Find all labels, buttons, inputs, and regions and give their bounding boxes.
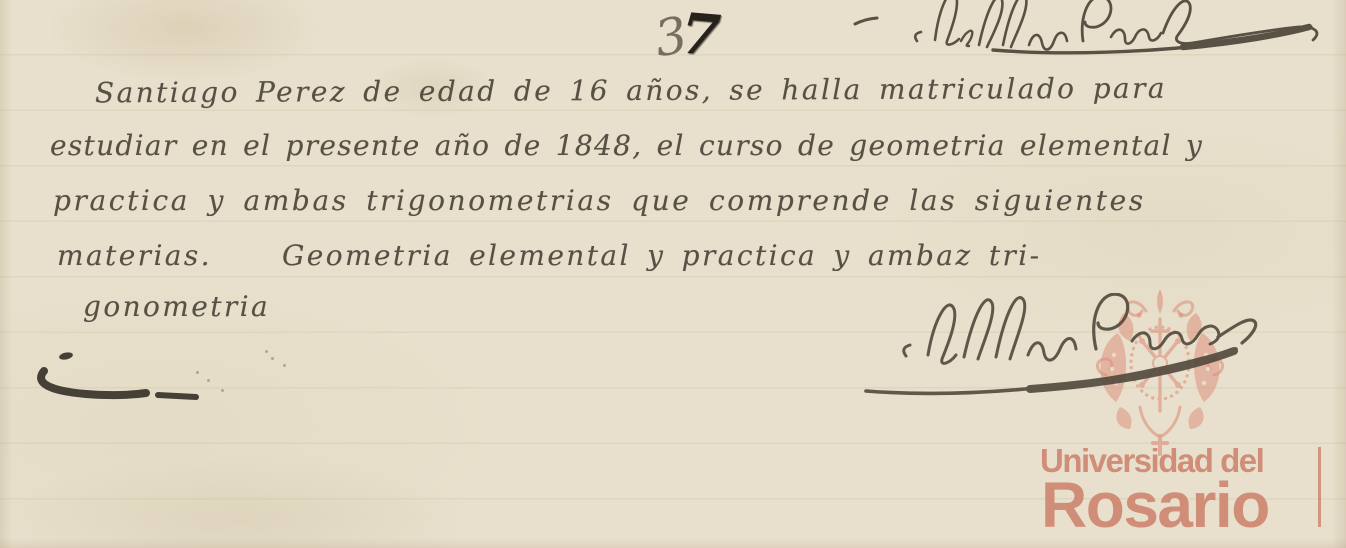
pencil-speck [265,350,268,353]
manuscript-scan: 37 Santiago Perez de edad de 16 años, se… [0,0,1346,548]
manuscript-line-3: practica y ambas trigonometrias que comp… [53,184,1146,217]
page-number-digit-7: 7 [678,0,723,69]
page-number: 37 [655,2,720,68]
ink-flourish [28,345,208,405]
manuscript-line-2: estudiar en el presente año de 1848, el … [50,129,1203,162]
pencil-speck [196,371,199,374]
pencil-speck [207,379,210,382]
manuscript-line-5: gonometria [83,290,270,323]
watermark-divider-bar [1318,447,1321,527]
manuscript-line-1: Santiago Perez de edad de 16 años, se ha… [95,72,1167,110]
manuscript-line-4-end: Geometria elemental y practica y ambaz t… [282,239,1042,272]
manuscript-line-4: materias.Geometria elemental y practica … [57,239,1042,272]
signature-bottom [850,293,1295,401]
pencil-speck [221,389,224,392]
pencil-speck [283,364,286,367]
signature-top [843,0,1346,70]
pencil-speck [271,357,274,360]
watermark-text-line2: Rosario [1041,473,1269,537]
manuscript-line-4-start: materias. [57,239,212,272]
